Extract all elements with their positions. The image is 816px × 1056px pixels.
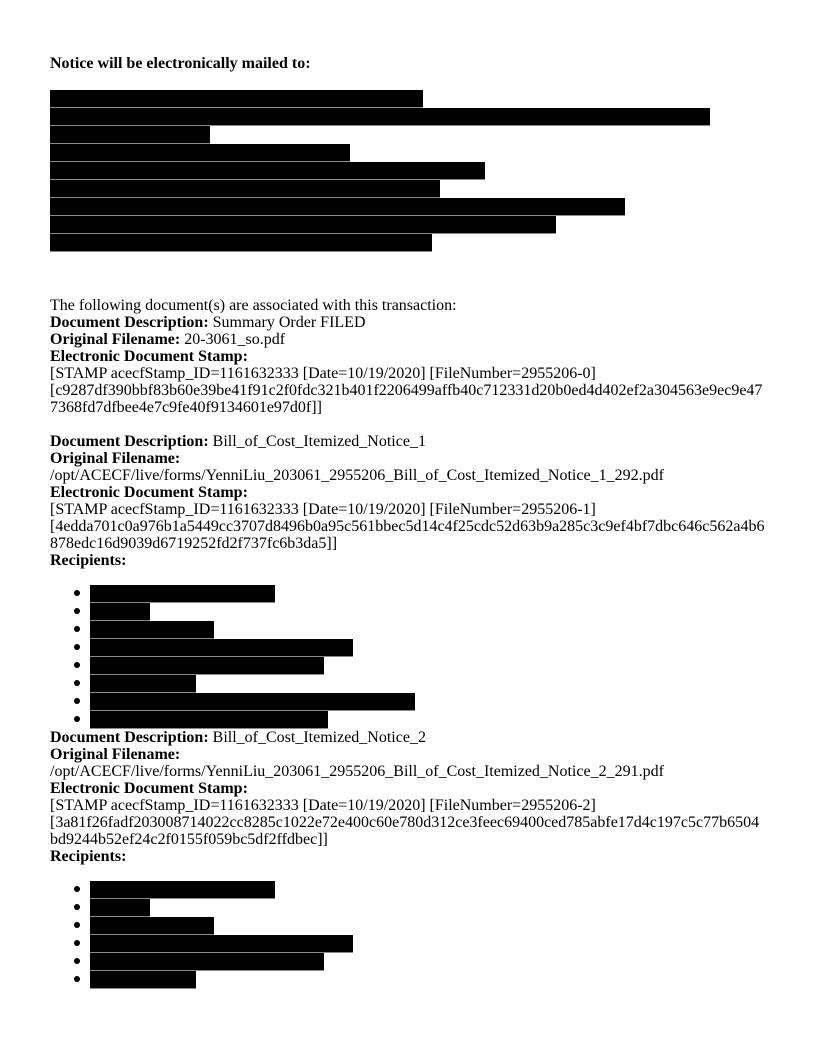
list-item: [50, 693, 790, 711]
redacted-recipient: [90, 711, 328, 729]
stamp-hash-line: [4edda701c0a976b1a5449cc3707d8496b0a95c5…: [50, 518, 790, 535]
bullet-icon: [74, 662, 80, 668]
filename-value: /opt/ACECF/live/forms/YenniLiu_203061_29…: [50, 467, 790, 484]
original-filename: Original Filename: 20-3061_so.pdf: [50, 331, 790, 348]
redacted-mail-recipient: [50, 144, 350, 162]
list-item: [50, 711, 790, 729]
stamp-hash-line: [c9287df390bbf83b60e39be41f91c2f0fdc321b…: [50, 382, 790, 399]
stamp-label: Electronic Document Stamp:: [50, 780, 790, 797]
filename-value: /opt/ACECF/live/forms/YenniLiu_203061_29…: [50, 763, 790, 780]
stamp-hash-line: [3a81f26fadf203008714022cc8285c1022e72e4…: [50, 814, 790, 831]
document-entry: Document Description: Bill_of_Cost_Itemi…: [50, 729, 790, 989]
list-item: [50, 899, 790, 917]
bullet-icon: [74, 904, 80, 910]
redacted-recipient: [90, 585, 275, 603]
recipients-label: Recipients:: [50, 552, 790, 569]
list-item: [50, 675, 790, 693]
document-description: Document Description: Bill_of_Cost_Itemi…: [50, 729, 790, 746]
bullet-icon: [74, 940, 80, 946]
list-item: [50, 935, 790, 953]
bullet-icon: [74, 716, 80, 722]
redacted-recipient: [90, 953, 324, 971]
document-entry: Document Description: Bill_of_Cost_Itemi…: [50, 433, 790, 729]
notice-document: Notice will be electronically mailed to:…: [50, 55, 790, 989]
bullet-icon: [74, 976, 80, 982]
bullet-icon: [74, 644, 80, 650]
document-entry: Document Description: Summary Order FILE…: [50, 314, 790, 416]
filename-label: Original Filename:: [50, 450, 790, 467]
description-label: Document Description:: [50, 729, 209, 746]
redacted-recipient: [90, 899, 150, 917]
list-item: [50, 917, 790, 935]
document-description: Document Description: Bill_of_Cost_Itemi…: [50, 433, 790, 450]
redacted-recipient: [90, 881, 275, 899]
filename-value: 20-3061_so.pdf: [184, 331, 285, 348]
stamp-hash-line: 7368fd7dfbee4e7c9fe40f9134601e97d0f]]: [50, 399, 790, 416]
list-item: [50, 603, 790, 621]
redacted-recipient: [90, 603, 150, 621]
redacted-mail-recipient: [50, 216, 556, 234]
redacted-recipient: [90, 621, 214, 639]
list-item: [50, 657, 790, 675]
redacted-recipient: [90, 657, 324, 675]
description-value: Summary Order FILED: [213, 314, 366, 331]
stamp-id-line: [STAMP acecfStamp_ID=1161632333 [Date=10…: [50, 365, 790, 382]
description-value: Bill_of_Cost_Itemized_Notice_2: [213, 729, 426, 746]
stamp-hash-line: 878edc16d9039d6719252fd2f737fc6b3da5]]: [50, 535, 790, 552]
redacted-recipient: [90, 675, 196, 693]
redacted-mail-recipient: [50, 126, 210, 144]
bullet-icon: [74, 922, 80, 928]
redacted-recipient: [90, 971, 196, 989]
transaction-intro: The following document(s) are associated…: [50, 297, 790, 314]
redacted-recipient: [90, 639, 353, 657]
mail-recipient-list: [50, 90, 790, 252]
bullet-icon: [74, 680, 80, 686]
redacted-mail-recipient: [50, 180, 440, 198]
redacted-mail-recipient: [50, 108, 710, 126]
redacted-mail-recipient: [50, 198, 625, 216]
redacted-mail-recipient: [50, 90, 423, 108]
bullet-icon: [74, 886, 80, 892]
redacted-recipient: [90, 917, 214, 935]
recipient-list: [50, 881, 790, 989]
stamp-id-line: [STAMP acecfStamp_ID=1161632333 [Date=10…: [50, 501, 790, 518]
description-label: Document Description:: [50, 314, 209, 331]
bullet-icon: [74, 626, 80, 632]
bullet-icon: [74, 958, 80, 964]
filename-label: Original Filename:: [50, 746, 790, 763]
redacted-recipient: [90, 693, 415, 711]
bullet-icon: [74, 608, 80, 614]
list-item: [50, 621, 790, 639]
bullet-icon: [74, 590, 80, 596]
description-value: Bill_of_Cost_Itemized_Notice_1: [213, 433, 426, 450]
description-label: Document Description:: [50, 433, 209, 450]
list-item: [50, 881, 790, 899]
stamp-label: Electronic Document Stamp:: [50, 348, 790, 365]
list-item: [50, 971, 790, 989]
mail-notice-heading: Notice will be electronically mailed to:: [50, 55, 790, 72]
bullet-icon: [74, 698, 80, 704]
list-item: [50, 639, 790, 657]
redacted-recipient: [90, 935, 353, 953]
document-description: Document Description: Summary Order FILE…: [50, 314, 790, 331]
redacted-mail-recipient: [50, 234, 432, 252]
recipient-list: [50, 585, 790, 729]
list-item: [50, 585, 790, 603]
filename-label: Original Filename:: [50, 331, 180, 348]
stamp-id-line: [STAMP acecfStamp_ID=1161632333 [Date=10…: [50, 797, 790, 814]
stamp-label: Electronic Document Stamp:: [50, 484, 790, 501]
recipients-label: Recipients:: [50, 848, 790, 865]
stamp-hash-line: bd9244b52ef24c2f0155f059bc5df2ffdbec]]: [50, 831, 790, 848]
list-item: [50, 953, 790, 971]
redacted-mail-recipient: [50, 162, 485, 180]
